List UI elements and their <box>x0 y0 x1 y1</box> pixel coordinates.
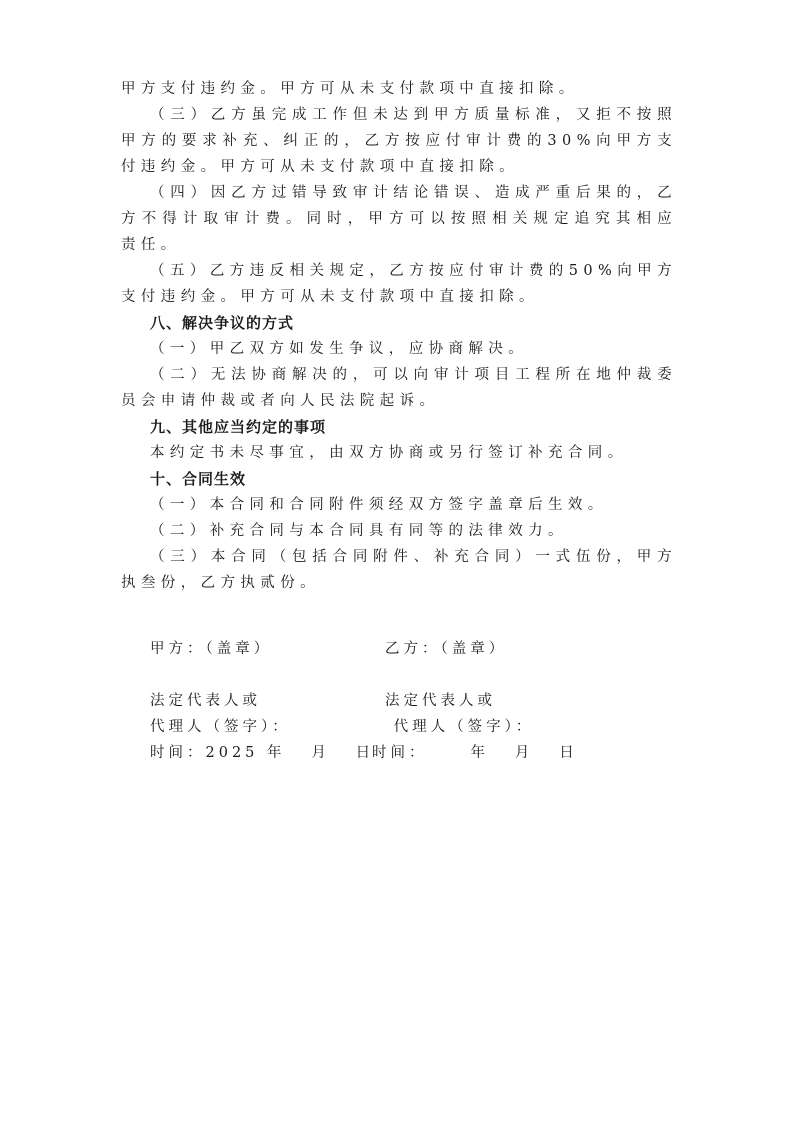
party-b-agent-signature: 代理人（签字）： <box>385 714 534 740</box>
other-matters-item-1: 本约定书未尽事宜，由双方协商或另行签订补充合同。 <box>121 440 677 466</box>
effectiveness-item-1: （一）本合同和合同附件须经双方签字盖章后生效。 <box>121 492 677 518</box>
party-b-rep-label: 法定代表人或 <box>385 688 496 714</box>
section-heading-effectiveness: 十、合同生效 <box>121 466 677 492</box>
party-b-seal: 乙方：（盖章） <box>385 636 507 662</box>
section-heading-other-matters: 九、其他应当约定的事项 <box>121 414 677 440</box>
effectiveness-item-3: （三）本合同（包括合同附件、补充合同）一式伍份，甲方执叁份，乙方执贰份。 <box>121 544 677 596</box>
paragraph-penalty-tail: 甲方支付违约金。甲方可从未支付款项中直接扣除。 <box>121 76 677 102</box>
signature-block: 甲方：（盖章） 乙方：（盖章） 法定代表人或 法定代表人或 代理人（签字）： 代… <box>150 636 570 766</box>
contract-page: 甲方支付违约金。甲方可从未支付款项中直接扣除。 （三）乙方虽完成工作但未达到甲方… <box>121 76 677 596</box>
paragraph-penalty-4: （四）因乙方过错导致审计结论错误、造成严重后果的，乙方不得计取审计费。同时，甲方… <box>121 180 677 258</box>
party-a-agent-signature: 代理人（签字）： <box>150 714 291 740</box>
party-a-date: 时间：2025 年 月 日 <box>150 740 374 766</box>
rep-row-1: 法定代表人或 法定代表人或 <box>150 688 570 714</box>
dispute-item-2: （二）无法协商解决的，可以向审计项目工程所在地仲裁委员会申请仲裁或者向人民法院起… <box>121 362 677 414</box>
effectiveness-item-2: （二）补充合同与本合同具有同等的法律效力。 <box>121 518 677 544</box>
party-b-date: 时间： 年 月 日 <box>372 740 578 766</box>
section-heading-dispute: 八、解决争议的方式 <box>121 310 677 336</box>
seal-row: 甲方：（盖章） 乙方：（盖章） <box>150 636 570 662</box>
date-row: 时间：2025 年 月 日 时间： 年 月 日 <box>150 740 570 766</box>
paragraph-penalty-3: （三）乙方虽完成工作但未达到甲方质量标准，又拒不按照甲方的要求补充、纠正的，乙方… <box>121 102 677 180</box>
signature-spacer <box>150 662 570 688</box>
rep-row-2: 代理人（签字）： 代理人（签字）： <box>150 714 570 740</box>
party-a-seal: 甲方：（盖章） <box>150 636 272 662</box>
paragraph-penalty-5: （五）乙方违反相关规定，乙方按应付审计费的50%向甲方支付违约金。甲方可从未支付… <box>121 258 677 310</box>
dispute-item-1: （一）甲乙双方如发生争议，应协商解决。 <box>121 336 677 362</box>
party-a-rep-label: 法定代表人或 <box>150 688 261 714</box>
